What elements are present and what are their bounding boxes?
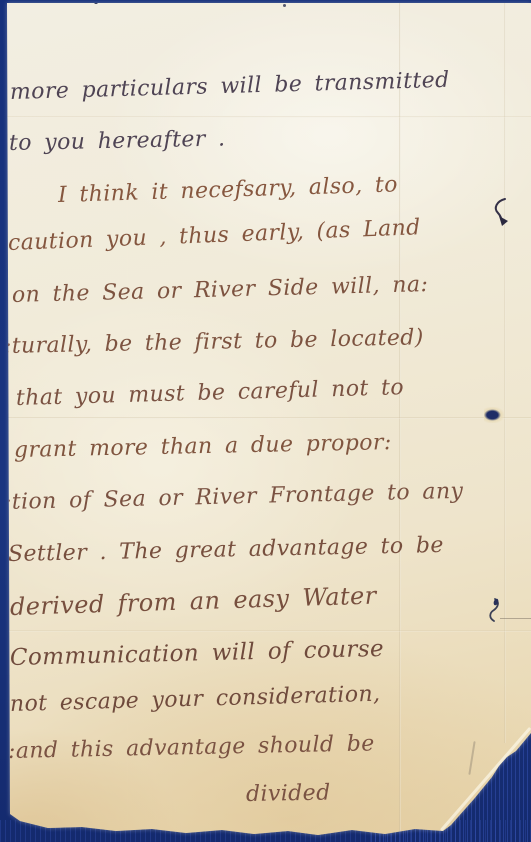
manuscript-line: on the Sea or River Side will, na: [12, 272, 429, 308]
ink-dot [283, 4, 286, 7]
scanned-letter-page: more particulars will be transmitted to … [0, 0, 531, 842]
manuscript-line: Communication will of course [10, 636, 385, 671]
manuscript-line: derived from an easy Water [10, 581, 377, 621]
catchword: divided [246, 781, 331, 807]
hook-ink-mark [491, 196, 509, 228]
ink-dot [94, 0, 98, 4]
squiggle-ink-mark [485, 597, 501, 625]
manuscript-line: grant more than a due propor: [14, 430, 392, 463]
vertical-fold-crease [399, 3, 401, 833]
manuscript-line: not escape your consideration, [10, 682, 381, 717]
manuscript-line: :and this advantage should be [8, 731, 375, 764]
horizontal-fold-crease-middle [7, 417, 531, 419]
torn-edge-highlight [440, 727, 531, 832]
worm-hole-mark [484, 407, 504, 423]
paper-crack [468, 741, 475, 775]
manuscript-line: I think it necefsary, also, to [58, 172, 399, 208]
manuscript-line: :turally, be the first to be located) [4, 325, 424, 359]
paper-sheet: more particulars will be transmitted to … [0, 0, 531, 842]
manuscript-line: that you must be careful not to [16, 375, 405, 411]
vertical-fold-crease-right [504, 3, 506, 743]
manuscript-line: :tion of Sea or River Frontage to any [4, 479, 464, 515]
horizontal-fold-crease-lower [7, 630, 531, 632]
manuscript-line: to you hereafter . [9, 126, 226, 156]
crease-segment [500, 618, 531, 619]
paper-wrap: more particulars will be transmitted to … [0, 0, 531, 842]
manuscript-line: more particulars will be transmitted [10, 68, 450, 105]
manuscript-line: caution you , thus early, (as Land [8, 215, 422, 256]
horizontal-fold-crease-top [7, 116, 531, 118]
manuscript-line: Settler . The great advantage to be [8, 533, 444, 567]
